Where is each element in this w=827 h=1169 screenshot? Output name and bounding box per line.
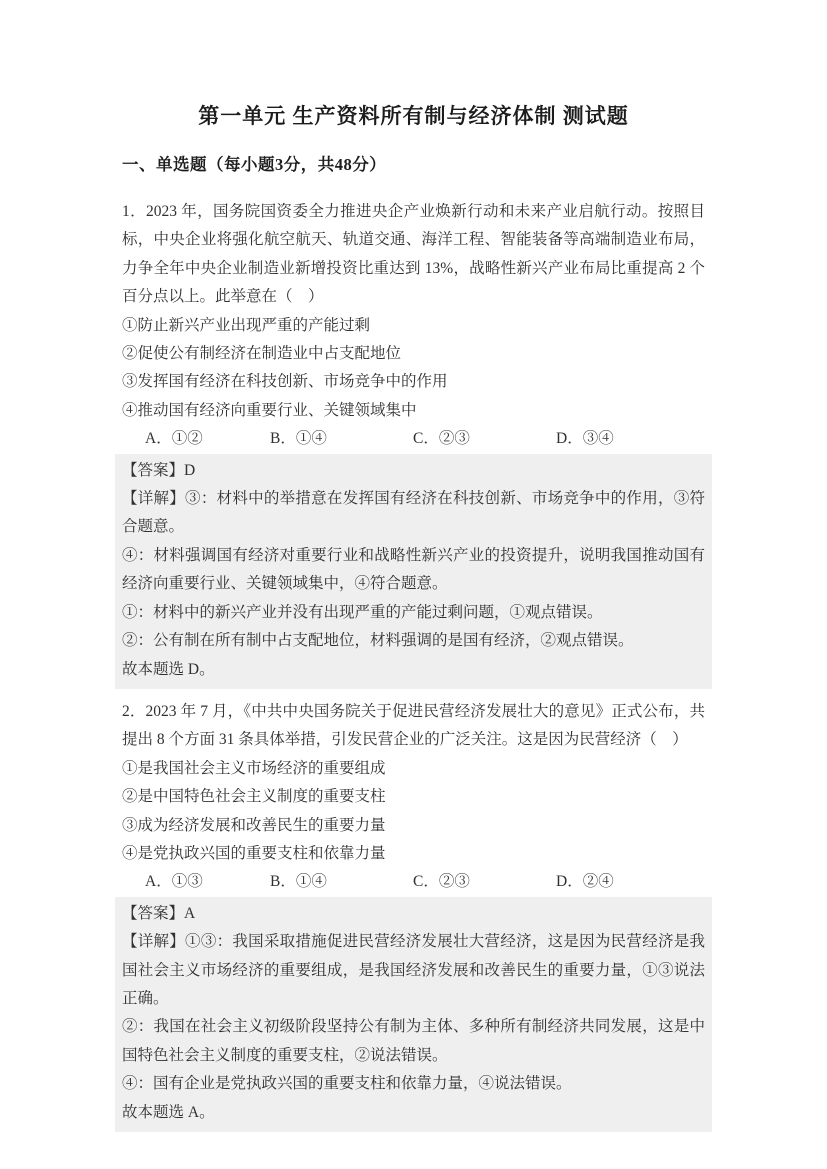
question-2-option-2: ②是中国特色社会主义制度的重要支柱	[122, 783, 705, 811]
question-1-choice-c: C．②③	[413, 425, 556, 453]
question-1-option-3: ③发挥国有经济在科技创新、市场竞争中的作用	[122, 368, 705, 396]
question-2-answer-block: 【答案】A 【详解】①③：我国采取措施促进民营经济发展壮大营经济，这是因为民营经…	[115, 897, 712, 1132]
question-2-explanation-paragraph-3: ④：国有企业是党执政兴国的重要支柱和依靠力量，④说法错误。	[122, 1070, 705, 1098]
question-2-choice-d: D．②④	[556, 868, 705, 896]
question-2-answer: 【答案】A	[122, 900, 705, 928]
question-1-answer: 【答案】D	[122, 457, 705, 485]
question-1-option-2: ②促使公有制经济在制造业中占支配地位	[122, 340, 705, 368]
question-1-stem: 1．2023 年，国务院国资委全力推进央企产业焕新行动和未来产业启航行动。按照目…	[122, 198, 705, 312]
page-title: 第一单元 生产资料所有制与经济体制 测试题	[122, 100, 705, 130]
question-1: 1．2023 年，国务院国资委全力推进央企产业焕新行动和未来产业启航行动。按照目…	[122, 198, 705, 689]
question-2-option-4: ④是党执政兴国的重要支柱和依靠力量	[122, 840, 705, 868]
question-1-option-1: ①防止新兴产业出现严重的产能过剩	[122, 312, 705, 340]
question-1-explanation-paragraph-1: 【详解】③：材料中的举措意在发挥国有经济在科技创新、市场竞争中的作用，③符合题意…	[122, 485, 705, 542]
question-2-choices-row: A．①③ B．①④ C．②③ D．②④	[122, 868, 705, 896]
question-2-explanation-paragraph-2: ②：我国在社会主义初级阶段坚持公有制为主体、多种所有制经济共同发展，这是中国特色…	[122, 1013, 705, 1070]
question-2-conclusion: 故本题选 A。	[122, 1099, 705, 1127]
question-2-option-3: ③成为经济发展和改善民生的重要力量	[122, 812, 705, 840]
document-page: 第一单元 生产资料所有制与经济体制 测试题 一、单选题（每小题3分，共48分） …	[0, 0, 827, 1169]
question-2: 2．2023 年 7 月，《中共中央国务院关于促进民营经济发展壮大的意见》正式公…	[122, 698, 705, 1132]
question-1-answer-block: 【答案】D 【详解】③：材料中的举措意在发挥国有经济在科技创新、市场竞争中的作用…	[115, 454, 712, 689]
question-1-explanation-paragraph-2: ④：材料强调国有经济对重要行业和战略性新兴产业的投资提升，说明我国推动国有经济向…	[122, 542, 705, 599]
question-1-choice-a: A．①②	[145, 425, 270, 453]
question-2-choice-b: B．①④	[270, 868, 413, 896]
question-2-choice-a: A．①③	[145, 868, 270, 896]
question-1-conclusion: 故本题选 D。	[122, 656, 705, 684]
question-1-choice-d: D．③④	[556, 425, 705, 453]
question-1-choices-row: A．①② B．①④ C．②③ D．③④	[122, 425, 705, 453]
section-heading: 一、单选题（每小题3分，共48分）	[122, 151, 705, 175]
question-1-explanation-paragraph-3: ①：材料中的新兴产业并没有出现严重的产能过剩问题，①观点错误。	[122, 599, 705, 627]
question-1-option-4: ④推动国有经济向重要行业、关键领域集中	[122, 397, 705, 425]
question-2-choice-c: C．②③	[413, 868, 556, 896]
question-2-option-1: ①是我国社会主义市场经济的重要组成	[122, 755, 705, 783]
question-2-explanation-paragraph-1: 【详解】①③：我国采取措施促进民营经济发展壮大营经济，这是因为民营经济是我国社会…	[122, 928, 705, 1013]
question-2-stem: 2．2023 年 7 月，《中共中央国务院关于促进民营经济发展壮大的意见》正式公…	[122, 698, 705, 755]
question-1-choice-b: B．①④	[270, 425, 413, 453]
question-1-explanation-paragraph-4: ②：公有制在所有制中占支配地位，材料强调的是国有经济，②观点错误。	[122, 627, 705, 655]
